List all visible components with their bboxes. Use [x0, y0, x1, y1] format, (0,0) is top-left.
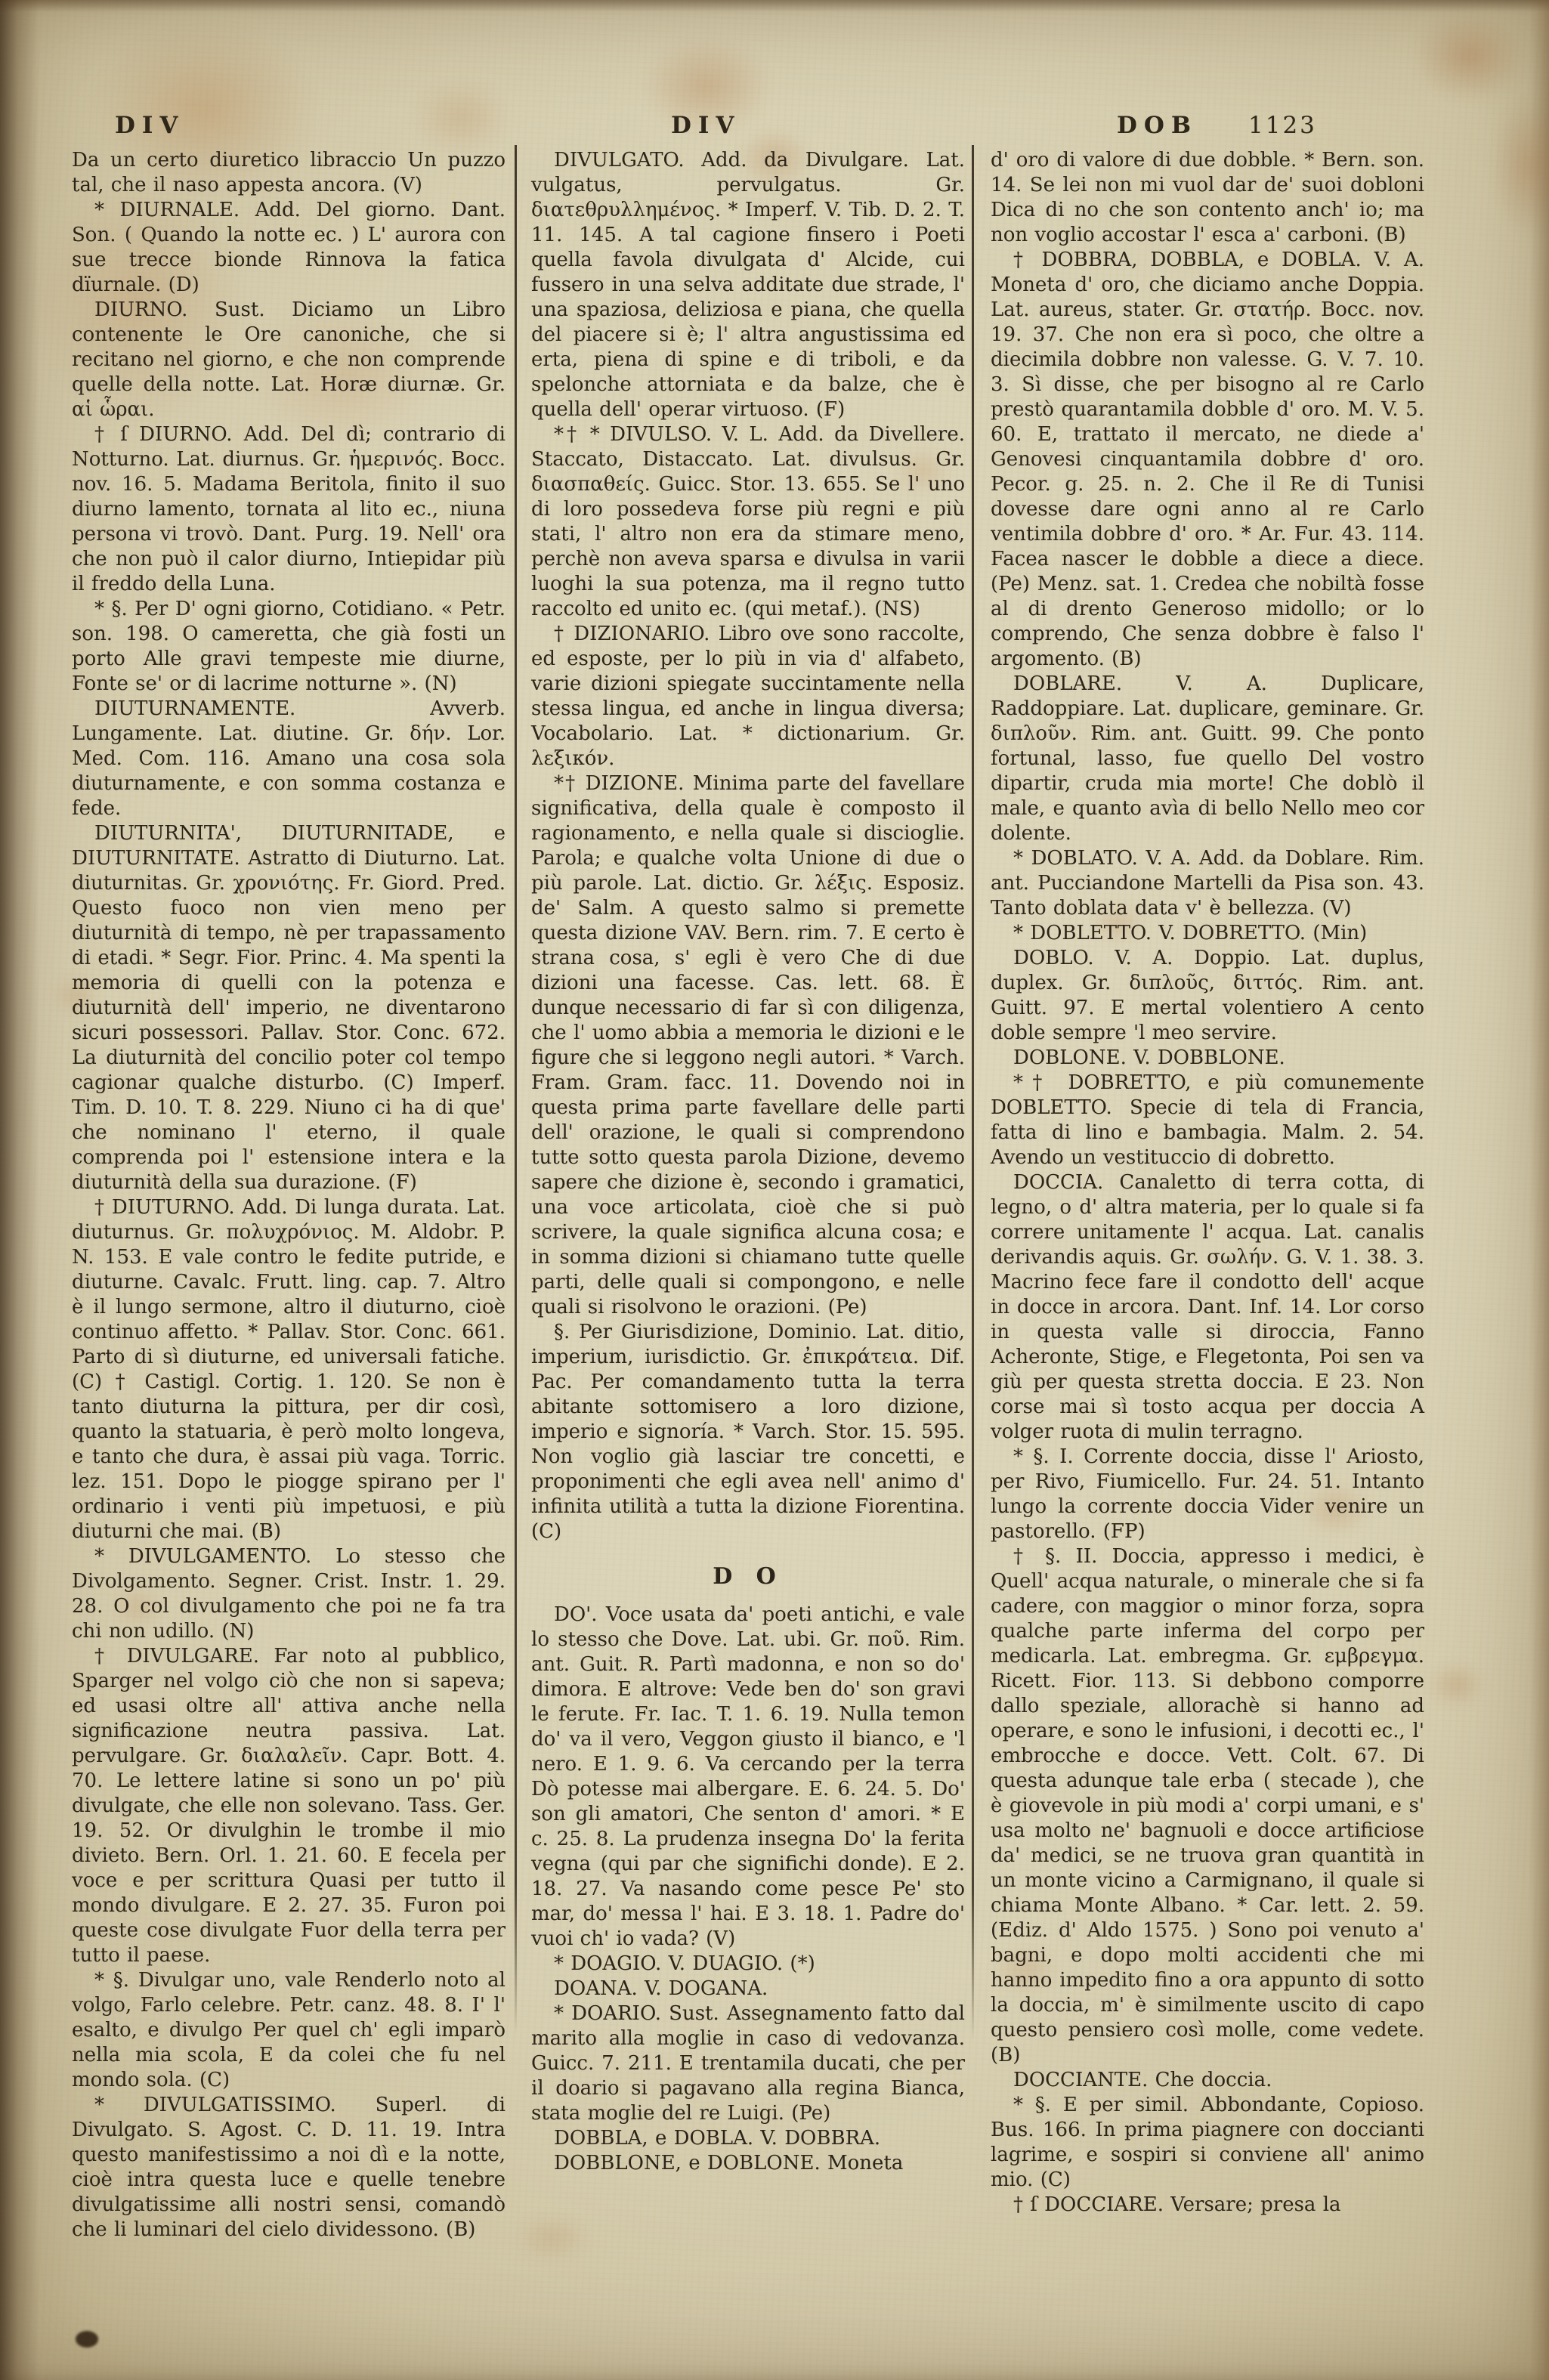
- dictionary-paragraph: * §. E per simil. Abbondante, Copioso. B…: [991, 2093, 1424, 2193]
- dictionary-paragraph: * §. Per D' ogni giorno, Cotidiano. « Pe…: [72, 597, 506, 697]
- dictionary-paragraph: DOBLO. V. A. Doppio. Lat. duplus, duplex…: [991, 946, 1424, 1046]
- dictionary-paragraph: DOCCIANTE. Che doccia.: [991, 2068, 1424, 2093]
- dictionary-paragraph: DIUTURNAMENTE. Avverb. Lungamente. Lat. …: [72, 697, 506, 821]
- dictionary-paragraph: DO'. Voce usata da' poeti antichi, e val…: [531, 1603, 965, 1952]
- dictionary-paragraph: † DIZIONARIO. Libro ove sono raccolte, e…: [531, 622, 965, 771]
- dictionary-paragraph: * DOARIO. Sust. Assegnamento fatto dal m…: [531, 2001, 965, 2126]
- dictionary-paragraph: * DOAGIO. V. DUAGIO. (*): [531, 1952, 965, 1977]
- column-3: d' oro di valore di due dobble. * Bern. …: [991, 148, 1424, 2242]
- dictionary-paragraph: † DOBBRA, DOBBLA, e DOBLA. V. A. Moneta …: [991, 248, 1424, 672]
- book-gutter-shadow: [0, 0, 39, 2380]
- dictionary-paragraph: * §. Divulgar uno, vale Renderlo noto al…: [72, 1968, 506, 2093]
- foxing-stain: [1428, 1662, 1485, 1708]
- dictionary-paragraph: * §. I. Corrente doccia, disse l' Ariost…: [991, 1445, 1424, 1544]
- dictionary-paragraph: † ſ DIURNO. Add. Del dì; contrario di No…: [72, 422, 506, 597]
- dictionary-paragraph: DIUTURNITA', DIUTURNITADE, e DIUTURNITAT…: [72, 821, 506, 1195]
- dictionary-paragraph: *† * DIVULSO. V. L. Add. da Divellere. S…: [531, 422, 965, 622]
- dictionary-paragraph: * DIVULGATISSIMO. Superl. di Divulgato. …: [72, 2093, 506, 2242]
- section-heading: D O: [531, 1564, 965, 1589]
- dictionary-paragraph: * DIURNALE. Add. Del giorno. Dant. Son. …: [72, 198, 506, 298]
- dictionary-paragraph: §. Per Giurisdizione, Dominio. Lat. diti…: [531, 1320, 965, 1544]
- foxing-stain: [1413, 11, 1526, 102]
- page-number: 1123: [1248, 112, 1317, 139]
- scanned-dictionary-page: { "page": { "running_head_left": "DIV", …: [0, 0, 1549, 2380]
- running-head-right: DOB: [1117, 112, 1198, 139]
- running-head-center: DIV: [671, 112, 740, 139]
- dictionary-paragraph: † DIUTURNO. Add. Di lunga durata. Lat. d…: [72, 1195, 506, 1544]
- dictionary-paragraph: DOBBLONE, e DOBLONE. Moneta: [531, 2151, 965, 2176]
- dictionary-paragraph: * DIVULGAMENTO. Lo stesso che Divolgamen…: [72, 1544, 506, 1644]
- page-right-edge: [1529, 0, 1549, 2380]
- dictionary-paragraph: DOCCIA. Canaletto di terra cotta, di leg…: [991, 1170, 1424, 1445]
- dictionary-paragraph: DIURNO. Sust. Diciamo un Libro contenent…: [72, 298, 506, 422]
- dictionary-paragraph: † ſ DOCCIARE. Versare; presa la: [991, 2193, 1424, 2218]
- column-1: Da un certo diuretico libraccio Un puzzo…: [72, 148, 506, 2242]
- dictionary-paragraph: † DIVULGARE. Far noto al pubblico, Sparg…: [72, 1644, 506, 1968]
- page-scan: DIV DIV DOB 1123 Da un certo diuretico l…: [0, 0, 1549, 2380]
- dictionary-paragraph: * DOBLATO. V. A. Add. da Doblare. Rim. a…: [991, 846, 1424, 921]
- running-head: DIV DIV DOB 1123: [0, 112, 1549, 145]
- dictionary-paragraph: * DOBLETTO. V. DOBRETTO. (Min): [991, 921, 1424, 946]
- dictionary-paragraph: DOBLONE. V. DOBBLONE.: [991, 1046, 1424, 1071]
- dictionary-paragraph: DOBLARE. V. A. Duplicare, Raddoppiare. L…: [991, 672, 1424, 846]
- column-2: DIVULGATO. Add. da Divulgare. Lat. vulga…: [531, 148, 965, 2242]
- running-head-left: DIV: [115, 112, 184, 139]
- dictionary-text: Da un certo diuretico libraccio Un puzzo…: [72, 148, 1424, 2242]
- dictionary-paragraph: *† DIZIONE. Minima parte del favellare s…: [531, 771, 965, 1320]
- dictionary-paragraph: DOANA. V. DOGANA.: [531, 1977, 965, 2001]
- dictionary-paragraph: † §. II. Doccia, appresso i medici, è Qu…: [991, 1544, 1424, 2068]
- page-top-shadow: [0, 0, 1549, 12]
- dictionary-paragraph: DIVULGATO. Add. da Divulgare. Lat. vulga…: [531, 148, 965, 422]
- dictionary-paragraph: DOBBLA, e DOBLA. V. DOBBRA.: [531, 2126, 965, 2151]
- dictionary-paragraph: Da un certo diuretico libraccio Un puzzo…: [72, 148, 506, 198]
- ink-speck: [76, 2331, 98, 2348]
- dictionary-paragraph: *† DOBRETTO, e più comunemente DOBLETTO.…: [991, 1071, 1424, 1170]
- dictionary-paragraph: d' oro di valore di due dobble. * Bern. …: [991, 148, 1424, 248]
